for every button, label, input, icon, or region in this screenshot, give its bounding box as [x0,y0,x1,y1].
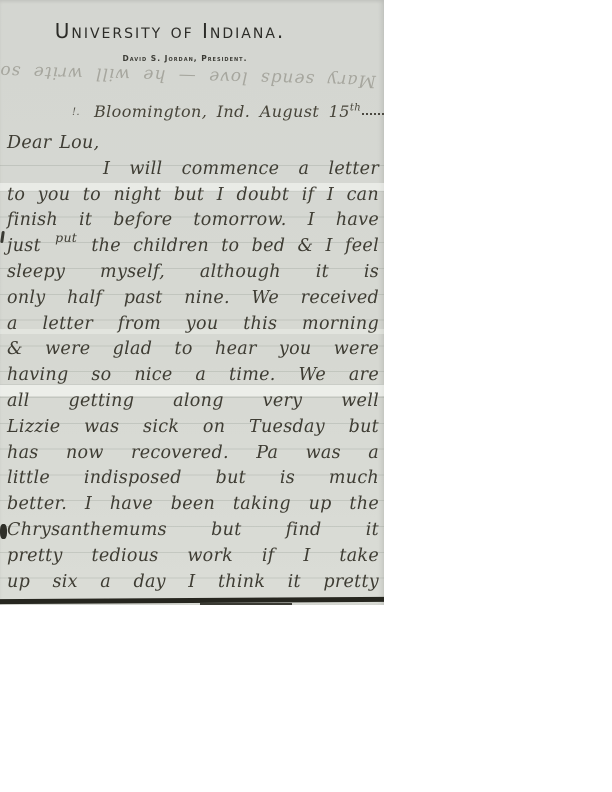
letter-line: Chrysanthemums but find it [7,518,379,544]
torn-bottom-edge [0,597,384,604]
letter-line-with-insertion: just put the children to bed & I feel [7,234,379,260]
letterhead-title: University of Indiana. [10,19,330,43]
letter-line: pretty tedious work if I take [7,544,379,570]
letter-body: Dear Lou, I will commence a letter to yo… [7,131,379,595]
letter-line: I will commence a letter [7,157,379,183]
letter-line: little indisposed but is much [7,466,379,492]
inserted-word-above-line: put [55,230,77,245]
letter-line: better. I have been taking up the [7,492,379,518]
dateline: !.Bloomington, Ind. August 15th1889. [72,102,372,121]
letter-line: having so nice a time. We are [7,363,379,389]
letter-line-text: just [7,236,41,256]
letter-line: only half past nine. We received [7,286,379,312]
letter-line: has now recovered. Pa was a [7,441,379,467]
letter-line: all getting along very well [7,389,379,415]
ink-blot [0,524,7,539]
letter-line: a letter from you this morning [7,312,379,338]
stray-ink-mark: !. [72,107,80,118]
dotted-leader [362,113,384,115]
dateline-place-date: Bloomington, Ind. August 15 [94,102,350,121]
letter-line: sleepy myself, although it is [7,260,379,286]
edge-shadow-mark [200,603,292,605]
letter-paper: University of Indiana. David S. Jordan, … [0,0,384,605]
letter-line: up six a day I think it pretty [7,570,379,596]
letter-line-text: the children to bed & I feel [91,236,379,256]
scanned-letter-page: University of Indiana. David S. Jordan, … [0,0,612,792]
stray-pen-tick [0,231,5,243]
letter-line: Lizzie was sick on Tuesday but [7,415,379,441]
dateline-ordinal: th [350,103,361,114]
salutation: Dear Lou, [7,131,379,157]
letter-line: to you to night but I doubt if I can [7,183,379,209]
letter-line: & were glad to hear you were [7,337,379,363]
